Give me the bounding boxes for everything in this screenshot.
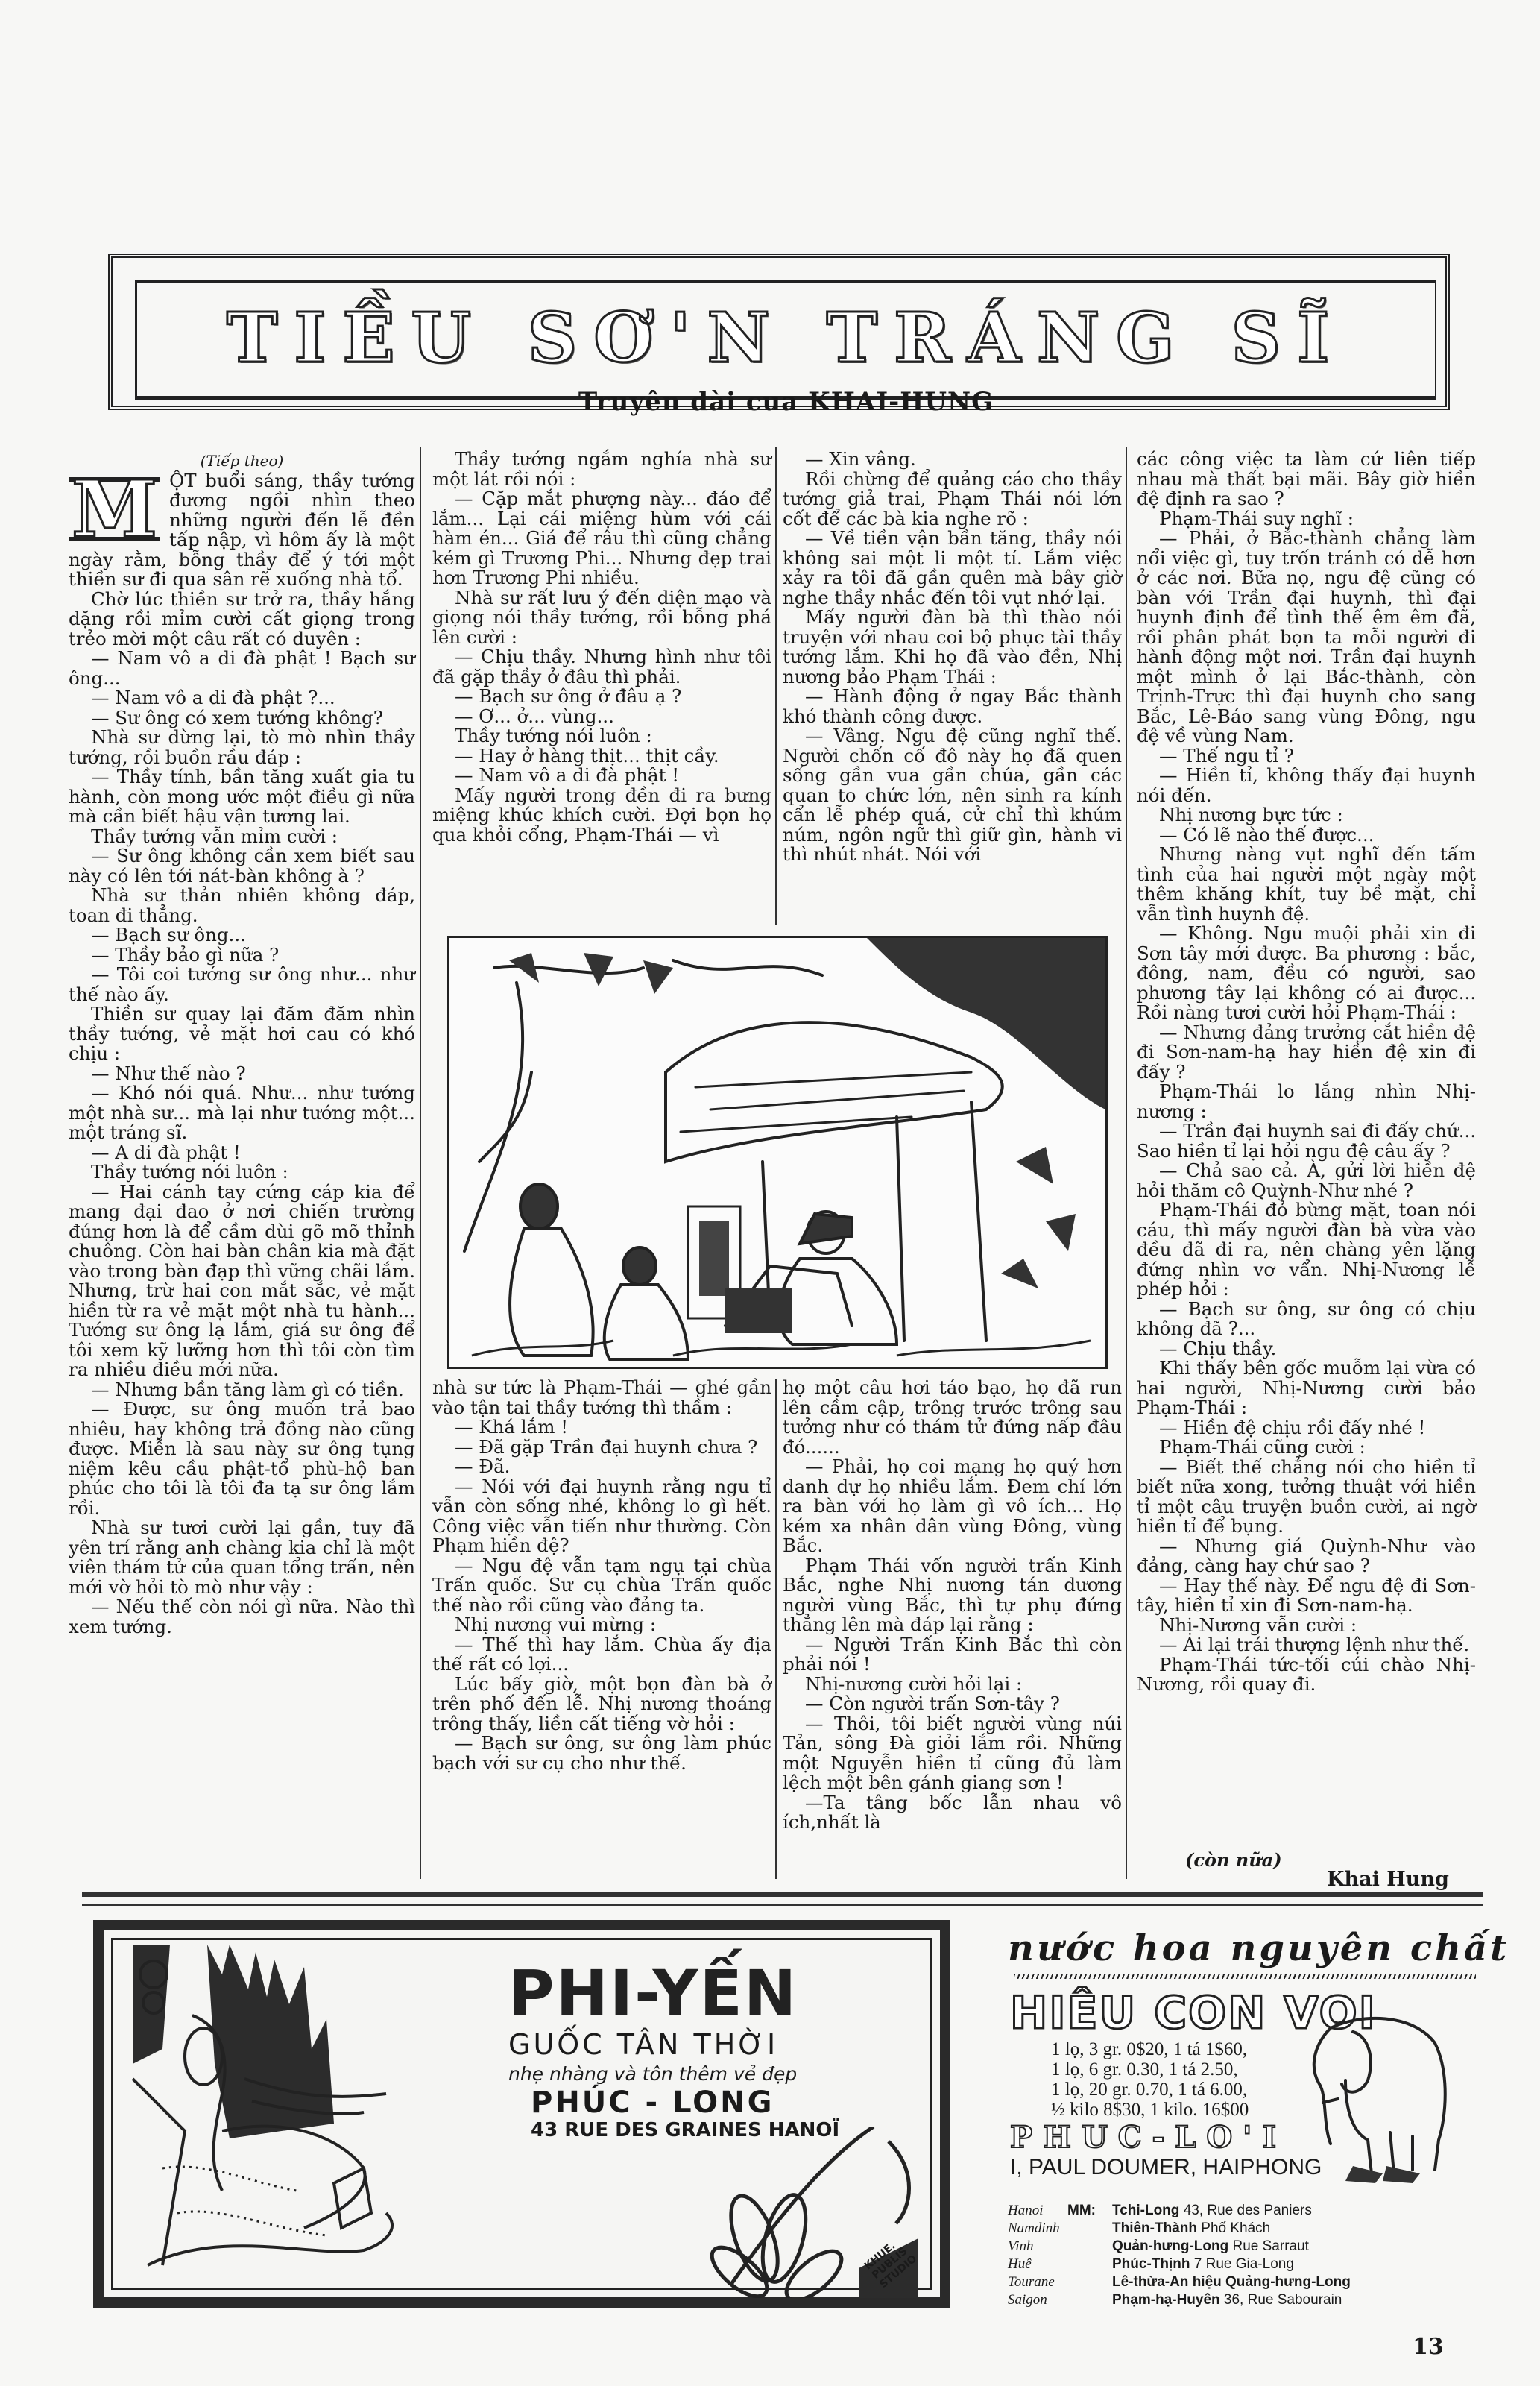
paragraph: — Ai lại trái thượng lệnh như thế.: [1137, 1635, 1476, 1655]
paragraph: — Nam vô a di đà phật ?...: [69, 688, 415, 708]
paragraph: — Hiền tỉ, không thấy đại huynh nói đến.: [1137, 766, 1476, 805]
agent-address: 36, Rue Sabourain: [1224, 2292, 1342, 2308]
agent-name: Lê-thừa-An hiệu: [1112, 2274, 1222, 2290]
agent-city: Hanoi: [1008, 2203, 1067, 2219]
paragraph: Nhà sư tươi cười lại gần, tuy đã yên trí…: [69, 1518, 415, 1597]
paragraph: — Vâng. Ngu đệ cũng nghĩ thế. Người chốn…: [783, 726, 1122, 865]
banner-frame: TIỀU SƠ'N TRÁNG SĨ Truyên dài cua KHAI-H…: [135, 280, 1436, 400]
paragraph: Nhà sư thản nhiên không đáp, toan đi thẳ…: [69, 886, 415, 925]
to-be-continued: (còn nữa): [1185, 1849, 1282, 1871]
ad-frame: PHI-YẾN GUỐC TÂN THỜI nhẹ nhàng và tôn t…: [111, 1938, 932, 2290]
agent-address: 43, Rue des Paniers: [1184, 2203, 1312, 2218]
paragraph: — Nói với đại huynh rằng ngu tỉ vẫn còn …: [432, 1477, 771, 1556]
phi-yen-seller: PHÚC - LONG: [531, 2086, 774, 2120]
paragraph: Phạm-Thái tức-tối cúi chào Nhị-Nương, rồ…: [1137, 1655, 1476, 1695]
article-column-3-bottom: họ một câu hơi táo bạo, họ đã run lên cầ…: [783, 1378, 1122, 1833]
agent-address: Phố Khách: [1201, 2220, 1270, 2236]
agent-row: TouraneLê-thừa-An hiệu Quảng-hưng-Long: [1008, 2274, 1351, 2291]
paragraph: nhà sư tức là Phạm-Thái — ghé gần vào tậ…: [432, 1378, 771, 1417]
agent-row: HuêPhúc-Thịnh 7 Rue Gia-Long: [1008, 2256, 1294, 2273]
title-banner: TIỀU SƠ'N TRÁNG SĨ Truyên dài cua KHAI-H…: [108, 254, 1450, 410]
agent-row: NamdinhThiên-Thành Phố Khách: [1008, 2220, 1270, 2237]
paragraph: — Nam vô a di đà phật ! Bạch sư ông...: [69, 649, 415, 688]
paragraph: — Bạch sư ông...: [69, 925, 415, 945]
paragraph: — Khá lắm !: [432, 1417, 771, 1438]
paragraph: — Phải, họ coi mạng họ quý hơn danh dự h…: [783, 1457, 1122, 1556]
paragraph: Mấy người trong đền đi ra bưng miệng khú…: [432, 786, 771, 846]
paragraph: Nhị nương bực tức :: [1137, 805, 1476, 825]
agent-city: Saigon: [1008, 2292, 1067, 2308]
paragraph: các công việc ta làm cứ liên tiếp nhau m…: [1137, 450, 1476, 509]
article-column-3-top: — Xin vâng.Rồi chừng để quảng cáo cho th…: [783, 450, 1122, 865]
paragraph: — Hay thế này. Để ngu đệ đi Sơn-tây, hiề…: [1137, 1576, 1476, 1616]
paragraph: — Chịu thầy. Nhưng hình như tôi đã gặp t…: [432, 647, 771, 687]
paragraph: họ một câu hơi táo bạo, họ đã run lên cầ…: [783, 1378, 1122, 1457]
paragraph: — Thôi, tôi biết người vùng núi Tản, sôn…: [783, 1714, 1122, 1793]
woman-reclining-illustration-icon: [118, 1945, 490, 2288]
section-divider: [82, 1892, 1483, 1906]
paragraph: Nhị nương vui mừng :: [432, 1615, 771, 1635]
paragraph: Thầy tướng ngắm nghía nhà sư một lát rồi…: [432, 450, 771, 489]
agent-name: Phúc-Thịnh: [1112, 2256, 1190, 2272]
paragraph: Thầy tướng nói luôn :: [432, 726, 771, 746]
agent-city: Tourane: [1008, 2274, 1067, 2291]
paragraph: — Nhưng đảng trưởng cắt hiền đệ đi Sơn-n…: [1137, 1023, 1476, 1083]
agent-city: Namdinh: [1008, 2220, 1067, 2237]
agent-name: Thiên-Thành: [1112, 2220, 1197, 2236]
paragraph: — Sư ông có xem tướng không?: [69, 708, 415, 728]
paragraph: — Bạch sư ông, sư ông làm phúc bạch với …: [432, 1734, 771, 1773]
agent-city: Vinh: [1008, 2238, 1067, 2255]
paragraph: — Hiền đệ chịu rồi đấy nhé !: [1137, 1418, 1476, 1438]
agent-name: Quản-hưng-Long: [1112, 2238, 1228, 2254]
agents-prefix: MM:: [1067, 2203, 1112, 2219]
paragraph: — Nam vô a di đà phật !: [432, 766, 771, 786]
paragraph: — Hành động ở ngay Bắc thành khó thành c…: [783, 687, 1122, 726]
agent-name: Tchi-Long: [1112, 2203, 1179, 2218]
column-divider: [420, 447, 421, 1879]
paragraph: — Ngu đệ vẫn tạm ngụ tại chùa Trấn quốc.…: [432, 1556, 771, 1616]
paragraph: Rồi chừng để quảng cáo cho thầy tướng gi…: [783, 470, 1122, 529]
author-signature: Khai Hung: [1327, 1868, 1449, 1891]
phi-yen-brand: PHI-YẾN: [508, 1957, 798, 2030]
paragraph: — Có lẽ nào thế được...: [1137, 825, 1476, 846]
advertisement-phi-yen: PHI-YẾN GUỐC TÂN THỜI nhẹ nhàng và tôn t…: [93, 1920, 950, 2308]
paragraph: — Nhưng giá Quỳnh-Như vào đảng, càng hay…: [1137, 1537, 1476, 1576]
story-byline: Truyên dài cua KHAI-HUNG: [137, 387, 1435, 417]
paragraph: Thầy tướng vẫn mỉm cười :: [69, 827, 415, 847]
story-illustration: [447, 936, 1108, 1369]
column-divider: [1126, 447, 1127, 1879]
paragraph: — Phải, ở Bắc-thành chẳng làm nổi việc g…: [1137, 529, 1476, 746]
paragraph: — Khó nói quá. Như... như tướng một nhà …: [69, 1083, 415, 1143]
agent-address: 7 Rue Gia-Long: [1194, 2256, 1294, 2272]
drop-cap: M: [69, 477, 160, 541]
perfume-headline: nước hoa nguyên chất: [1008, 1927, 1509, 1969]
paragraph: Chờ lúc thiền sư trở ra, thầy hắng dặng …: [69, 590, 415, 649]
column-1-text: ỘT buổi sáng, thầy tướng đương ngồi nhìn…: [69, 471, 415, 1637]
price-line: 1 lọ, 6 gr. 0.30, 1 tá 2.50,: [1051, 2059, 1238, 2080]
paragraph: — Được, sư ông muốn trả bao nhiêu, hay k…: [69, 1400, 415, 1518]
paragraph: — Người Trấn Kinh Bắc thì còn phải nói !: [783, 1635, 1122, 1675]
paragraph: — Đã.: [432, 1457, 771, 1477]
paragraph: Khi thấy bên gốc muỗm lại vừa có hai ngư…: [1137, 1359, 1476, 1418]
paragraph: — Chịu thầy.: [1137, 1339, 1476, 1359]
paragraph: Phạm-Thái lo lắng nhìn Nhị-nương :: [1137, 1082, 1476, 1121]
paragraph: Nhị-nương cười hỏi lại :: [783, 1675, 1122, 1695]
agent-city: Huê: [1008, 2256, 1067, 2273]
agent-address: Rue Sarraut: [1233, 2238, 1309, 2254]
paragraph: Mấy người đàn bà thì thào nói truyện với…: [783, 608, 1122, 687]
column-divider: [775, 447, 777, 925]
paragraph: Thầy tướng nói luôn :: [69, 1162, 415, 1183]
price-line: ½ kilo 8$30, 1 kilo. 16$00: [1051, 2100, 1249, 2121]
phi-yen-tagline: GUỐC TÂN THỜI: [508, 2028, 778, 2061]
agent-row: VinhQuản-hưng-Long Rue Sarraut: [1008, 2238, 1309, 2255]
paragraph: Phạm-Thái cũng cười :: [1137, 1438, 1476, 1458]
elephant-icon: [1301, 2013, 1457, 2185]
article-column-2-bottom: nhà sư tức là Phạm-Thái — ghé gần vào tậ…: [432, 1378, 771, 1773]
paragraph: — Tôi coi tướng sư ông như... như thế nà…: [69, 965, 415, 1004]
story-title: TIỀU SƠ'N TRÁNG SĨ: [137, 298, 1435, 378]
paragraph: — Bạch sư ông, sư ông có chịu không đã ?…: [1137, 1300, 1476, 1339]
illustration-monk-fortune-teller-icon: [449, 938, 1105, 1367]
paragraph: — Không. Ngu muội phải xin đi Sơn tây mớ…: [1137, 924, 1476, 1023]
phi-yen-slogan: nhẹ nhàng và tôn thêm vẻ đẹp: [508, 2063, 797, 2085]
paragraph: —Ta tâng bốc lẫn nhau vô ích,nhất là: [783, 1793, 1122, 1833]
paragraph: Lúc bấy giờ, một bọn đàn bà ở trên phố đ…: [432, 1675, 771, 1734]
paragraph: — Thầy bảo gì nữa ?: [69, 945, 415, 966]
paragraph: — Thế thì hay lắm. Chùa ấy địa thế rất c…: [432, 1635, 771, 1675]
agent-name: Phạm-hạ-Huyên: [1112, 2292, 1220, 2308]
paragraph: — Chả sao cả. À, gửi lời hiền đệ hỏi thă…: [1137, 1161, 1476, 1200]
article-column-1: (Tiếp theo) M ỘT buổi sáng, thầy tướng đ…: [69, 451, 415, 1637]
paragraph: — Xin vâng.: [783, 450, 1122, 470]
paragraph: — Về tiền vận bần tăng, thầy nói không s…: [783, 529, 1122, 608]
paragraph: — Ơ... ở... vùng...: [432, 707, 771, 727]
paragraph: Phạm Thái vốn người trấn Kinh Bắc, nghe …: [783, 1556, 1122, 1635]
paragraph: — Trần đại huynh sai đi đấy chứ... Sao h…: [1137, 1121, 1476, 1161]
paragraph: — Biết thế chẳng nói cho hiền tỉ biết nữ…: [1137, 1458, 1476, 1537]
paragraph: — Còn người trấn Sơn-tây ?: [783, 1694, 1122, 1714]
paragraph: Thiền sư quay lại đăm đăm nhìn thầy tướn…: [69, 1004, 415, 1064]
paragraph: — Hay ở hàng thịt... thịt cầy.: [432, 746, 771, 767]
paragraph: Nhà sư rất lưu ý đến diện mạo và giọng n…: [432, 588, 771, 648]
paragraph: — Nhưng bần tăng làm gì có tiền.: [69, 1380, 415, 1400]
column-divider: [775, 1379, 777, 1879]
paragraph: — Đã gặp Trần đại huynh chưa ?: [432, 1438, 771, 1458]
paragraph: Nhị-Nương vẫn cười :: [1137, 1616, 1476, 1636]
phuc-loi-address: I, PAUL DOUMER, HAIPHONG: [1010, 2155, 1322, 2180]
paragraph: — Cặp mắt phượng này... đáo để lắm... Lạ…: [432, 489, 771, 588]
page-number: 13: [1413, 2334, 1444, 2360]
paragraph: — Bạch sư ông ở đâu ạ ?: [432, 687, 771, 707]
paragraph: Nhưng nàng vụt nghĩ đến tấm tình của hai…: [1137, 845, 1476, 924]
paragraph: — Sư ông không cần xem biết sau này có l…: [69, 846, 415, 886]
article-column-4: các công việc ta làm cứ liên tiếp nhau m…: [1137, 450, 1476, 1695]
price-line: 1 lọ, 20 gr. 0.70, 1 tá 6.00,: [1051, 2080, 1247, 2100]
paragraph: — Thầy tính, bần tăng xuất gia tu hành, …: [69, 767, 415, 827]
paragraph: Nhà sư dừng lại, tò mò nhìn thầy tướng, …: [69, 728, 415, 767]
price-line: 1 lọ, 3 gr. 0$20, 1 tá 1$60,: [1051, 2039, 1247, 2060]
agent-address: Quảng-hưng-Long: [1225, 2274, 1351, 2290]
paragraph: Phạm-Thái đỏ bừng mặt, toan nói cáu, thì…: [1137, 1200, 1476, 1300]
paragraph: — Hai cánh tay cứng cáp kia để mang đại …: [69, 1183, 415, 1380]
paragraph: — A di đà phật !: [69, 1143, 415, 1163]
paragraph: — Nếu thế còn nói gì nữa. Nào thì xem tư…: [69, 1597, 415, 1637]
agent-row: SaigonPhạm-hạ-Huyên 36, Rue Sabourain: [1008, 2292, 1342, 2308]
paragraph: Phạm-Thái suy nghĩ :: [1137, 509, 1476, 529]
paragraph: — Như thế nào ?: [69, 1064, 415, 1084]
phuc-loi-company: PHUC-LO'I: [1010, 2120, 1287, 2155]
paragraph: — Thế ngu tỉ ?: [1137, 746, 1476, 767]
agent-row: HanoiMM:Tchi-Long 43, Rue des Paniers: [1008, 2203, 1312, 2219]
decorative-dash-rule: [1014, 1974, 1476, 1979]
article-column-2-top: Thầy tướng ngắm nghía nhà sư một lát rồi…: [432, 450, 771, 845]
